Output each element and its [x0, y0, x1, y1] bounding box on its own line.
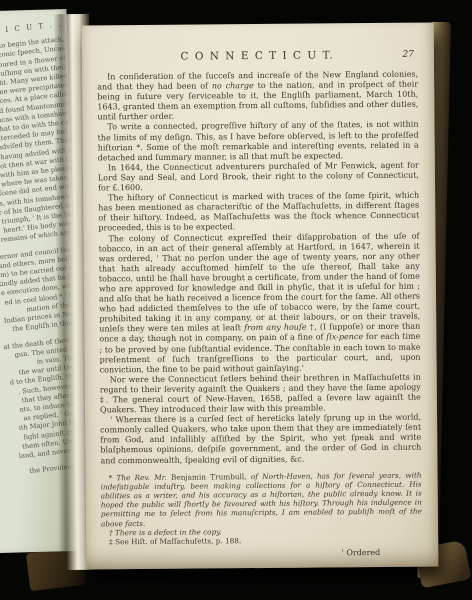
running-header: C O N N E C T I C U T. 27 [97, 49, 418, 64]
running-header-title: C O N N E C T I C U T. [180, 49, 334, 62]
body-text: In conſideration of the ſucceſs and incr… [97, 70, 421, 466]
paragraph: To write a connected, progreſſive hiſtor… [97, 120, 418, 163]
catchword: ' Ordered [86, 548, 422, 560]
right-page: C O N N E C T I C U T. 27 In conſiderati… [82, 22, 439, 569]
paragraph: In 1644, the Connecticut adventurers pur… [98, 160, 419, 193]
footnotes: * The Rev. Mr. Benjamin Trumbull, of Nor… [101, 470, 423, 546]
footnote: * The Rev. Mr. Benjamin Trumbull, of Nor… [101, 470, 422, 528]
paragraph: ' Whereas there is a curſed ſect of here… [100, 413, 421, 466]
book-photo: . T I C U T . . gnal for them to begin t… [0, 0, 472, 600]
footnote: ‡ See Hiſt. of Maſſachuſetts, p. 188. [101, 535, 422, 547]
paragraph: The colony of Connecticut expreſſed thei… [98, 231, 420, 375]
page-number: 27 [402, 50, 414, 60]
paragraph: Nor were the Connecticut ſetlers behind … [100, 372, 421, 415]
paragraph: The hiſtory of Connecticut is marked wit… [98, 191, 419, 234]
paragraph: In conſideration of the ſucceſs and incr… [97, 70, 418, 123]
